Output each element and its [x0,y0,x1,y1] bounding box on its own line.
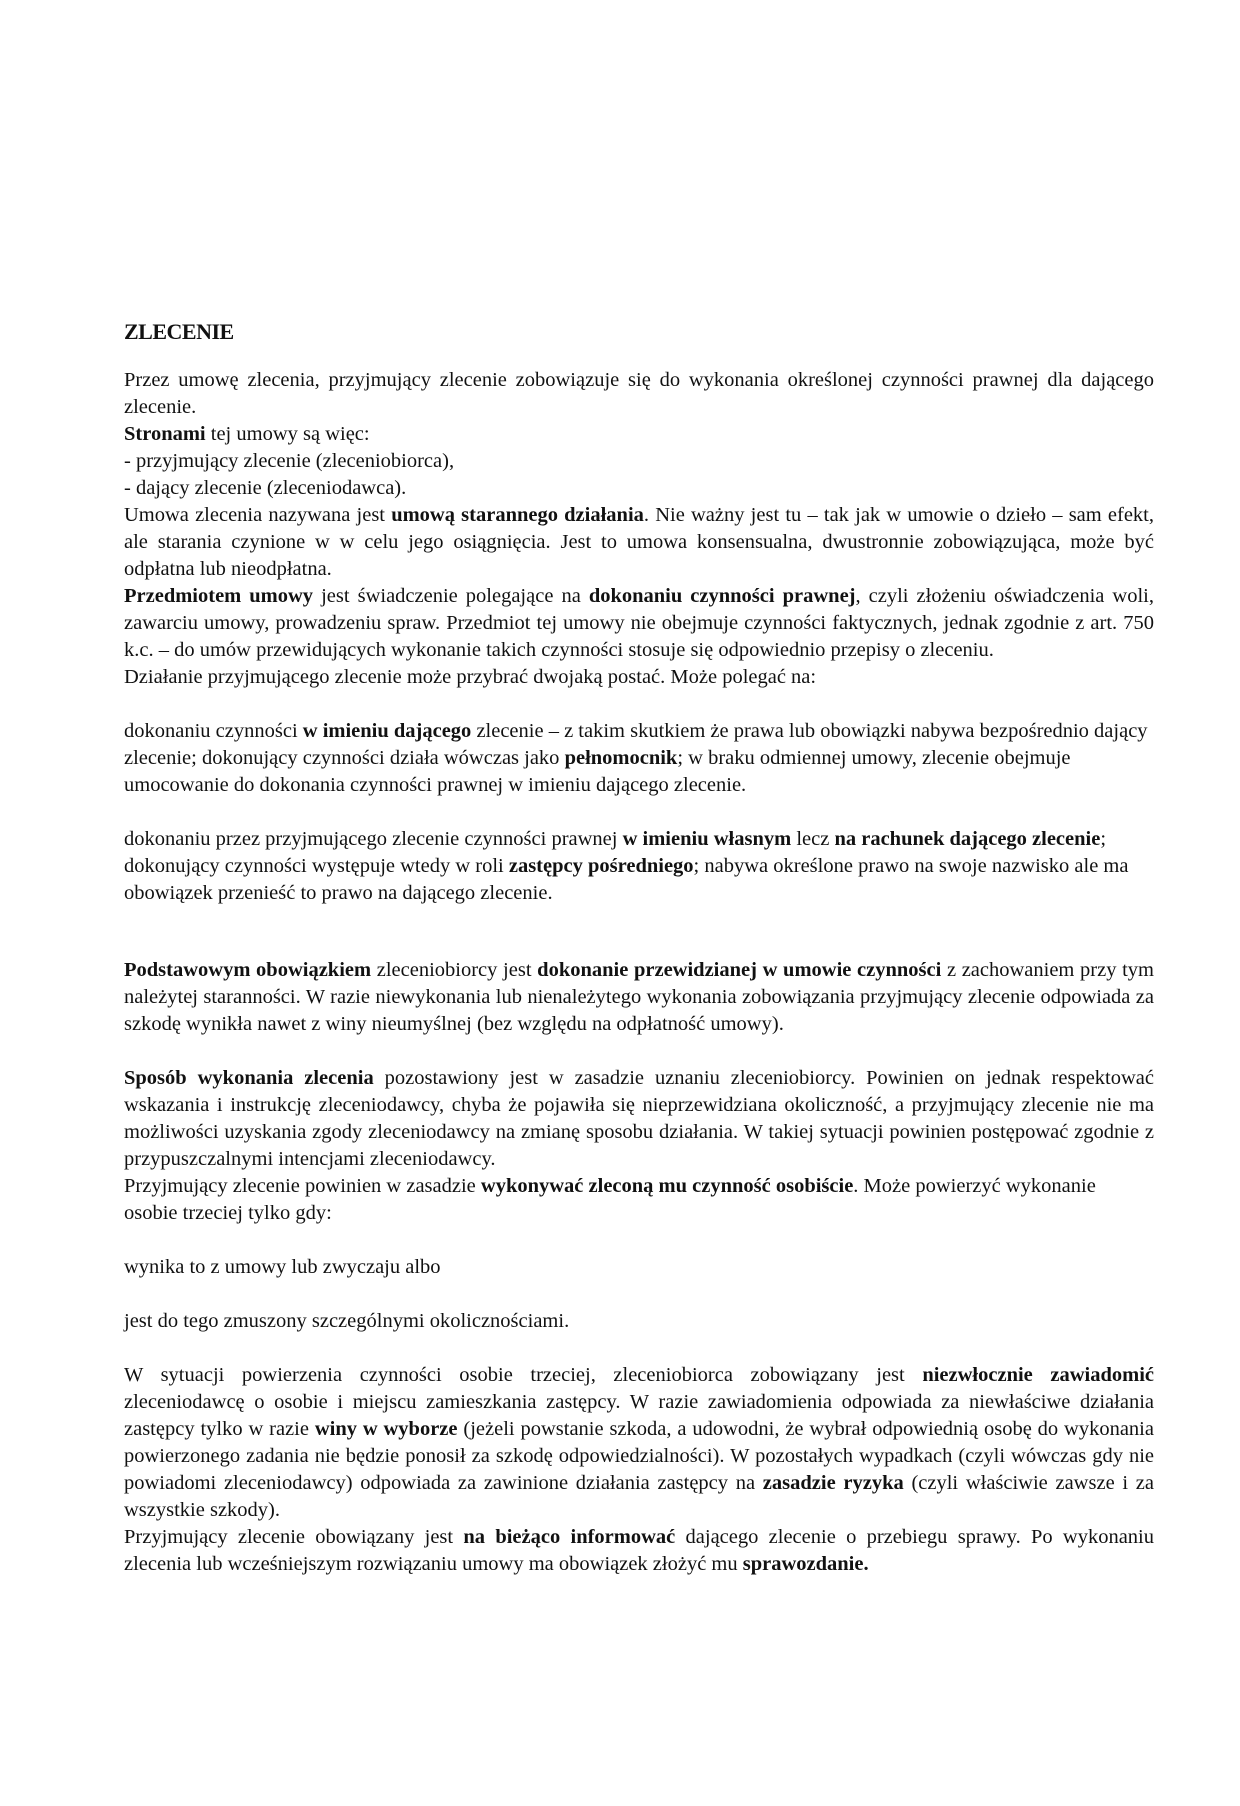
bold-term: zastępcy pośredniego [509,855,694,877]
paragraph-postac-1: dokonaniu czynności w imieniu dającego z… [124,718,1154,799]
paragraph-osobiscie: Przyjmujący zlecenie powinien w zasadzie… [124,1173,1154,1227]
bold-term: winy w wyborze [315,1418,458,1440]
text-run: dokonaniu czynności [124,720,303,742]
text-run: W sytuacji powierzenia czynności osobie … [124,1364,922,1386]
bold-term: na bieżąco informować [463,1526,675,1548]
text-run: zleceniobiorcy jest [371,959,537,981]
text-run: - przyjmujący zlecenie (zleceniobiorca), [124,450,454,472]
document-body: Przez umowę zlecenia, przyjmujący zlecen… [124,367,1154,1578]
paragraph-intro: Przez umowę zlecenia, przyjmujący zlecen… [124,367,1154,421]
bold-term: Sposób wykonania zlecenia [124,1067,374,1089]
text-run: tej umowy są więc: [206,423,370,445]
text-run: Działanie przyjmującego zlecenie może pr… [124,666,816,688]
text-run: lecz [791,828,834,850]
text-run: dokonaniu przez przyjmującego zlecenie c… [124,828,623,850]
text-run: jest świadczenie polegające na [313,585,589,607]
paragraph-dwojaka-postac: Działanie przyjmującego zlecenie może pr… [124,664,1154,691]
bold-term: Stronami [124,423,206,445]
bold-term: na rachunek dającego zlecenie [834,828,1100,850]
paragraph-sposob: Sposób wykonania zlecenia pozostawiony j… [124,1065,1154,1173]
paragraph-staranne-dzialanie: Umowa zlecenia nazywana jest umową stara… [124,502,1154,583]
document-page: ZLECENIE Przez umowę zlecenia, przyjmują… [124,318,1154,1578]
text-run: jest do tego zmuszony szczególnymi okoli… [124,1310,569,1332]
bold-term: zasadzie ryzyka [763,1472,904,1494]
text-run: Przez umowę zlecenia, przyjmujący zlecen… [124,369,1154,418]
bold-term: niezwłocznie zawiadomić [922,1364,1154,1386]
text-run: Umowa zlecenia nazywana jest [124,504,391,526]
document-title: ZLECENIE [124,318,1154,345]
bold-term: wykonywać zleconą mu czynność osobiście [481,1175,853,1197]
bold-term: dokonaniu czynności prawnej [589,585,856,607]
paragraph-przedmiot: Przedmiotem umowy jest świadczenie poleg… [124,583,1154,664]
bold-term: w imieniu dającego [303,720,472,742]
bold-term: Podstawowym obowiązkiem [124,959,371,981]
bold-term: pełnomocnik [565,747,678,769]
text-run: Przyjmujący zlecenie powinien w zasadzie [124,1175,481,1197]
paragraph-informowac: Przyjmujący zlecenie obowiązany jest na … [124,1524,1154,1578]
bold-term: umową starannego działania [391,504,644,526]
paragraph-warunek-1: wynika to z umowy lub zwyczaju albo [124,1254,1154,1281]
bold-term: w imieniu własnym [623,828,792,850]
text-run: Przyjmujący zlecenie obowiązany jest [124,1526,463,1548]
paragraph-postac-2: dokonaniu przez przyjmującego zlecenie c… [124,826,1154,907]
paragraph-strony: Stronami tej umowy są więc: [124,421,1154,448]
paragraph-strona-1: - przyjmujący zlecenie (zleceniobiorca), [124,448,1154,475]
paragraph-warunek-2: jest do tego zmuszony szczególnymi okoli… [124,1308,1154,1335]
paragraph-obowiazek: Podstawowym obowiązkiem zleceniobiorcy j… [124,957,1154,1038]
bold-term: sprawozdanie. [743,1553,869,1575]
text-run: - dający zlecenie (zleceniodawca). [124,477,406,499]
paragraph-strona-2: - dający zlecenie (zleceniodawca). [124,475,1154,502]
text-run: wynika to z umowy lub zwyczaju albo [124,1256,441,1278]
bold-term: dokonanie przewidzianej w umowie czynnoś… [537,959,941,981]
paragraph-osoba-trzecia: W sytuacji powierzenia czynności osobie … [124,1362,1154,1524]
bold-term: Przedmiotem umowy [124,585,313,607]
